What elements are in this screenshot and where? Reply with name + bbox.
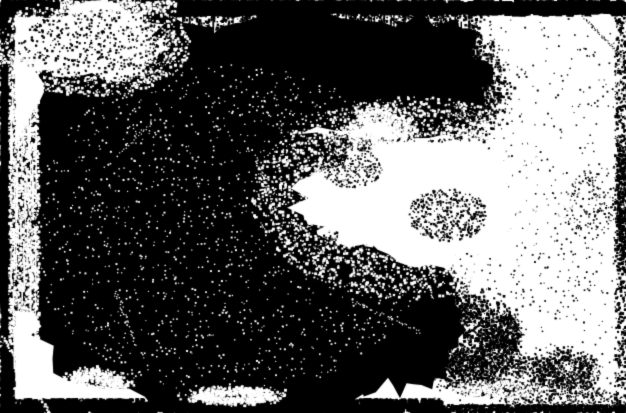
grunge-texture-figure (0, 0, 626, 413)
grunge-texture-canvas (0, 0, 626, 413)
grunge-texture-page (0, 0, 626, 413)
